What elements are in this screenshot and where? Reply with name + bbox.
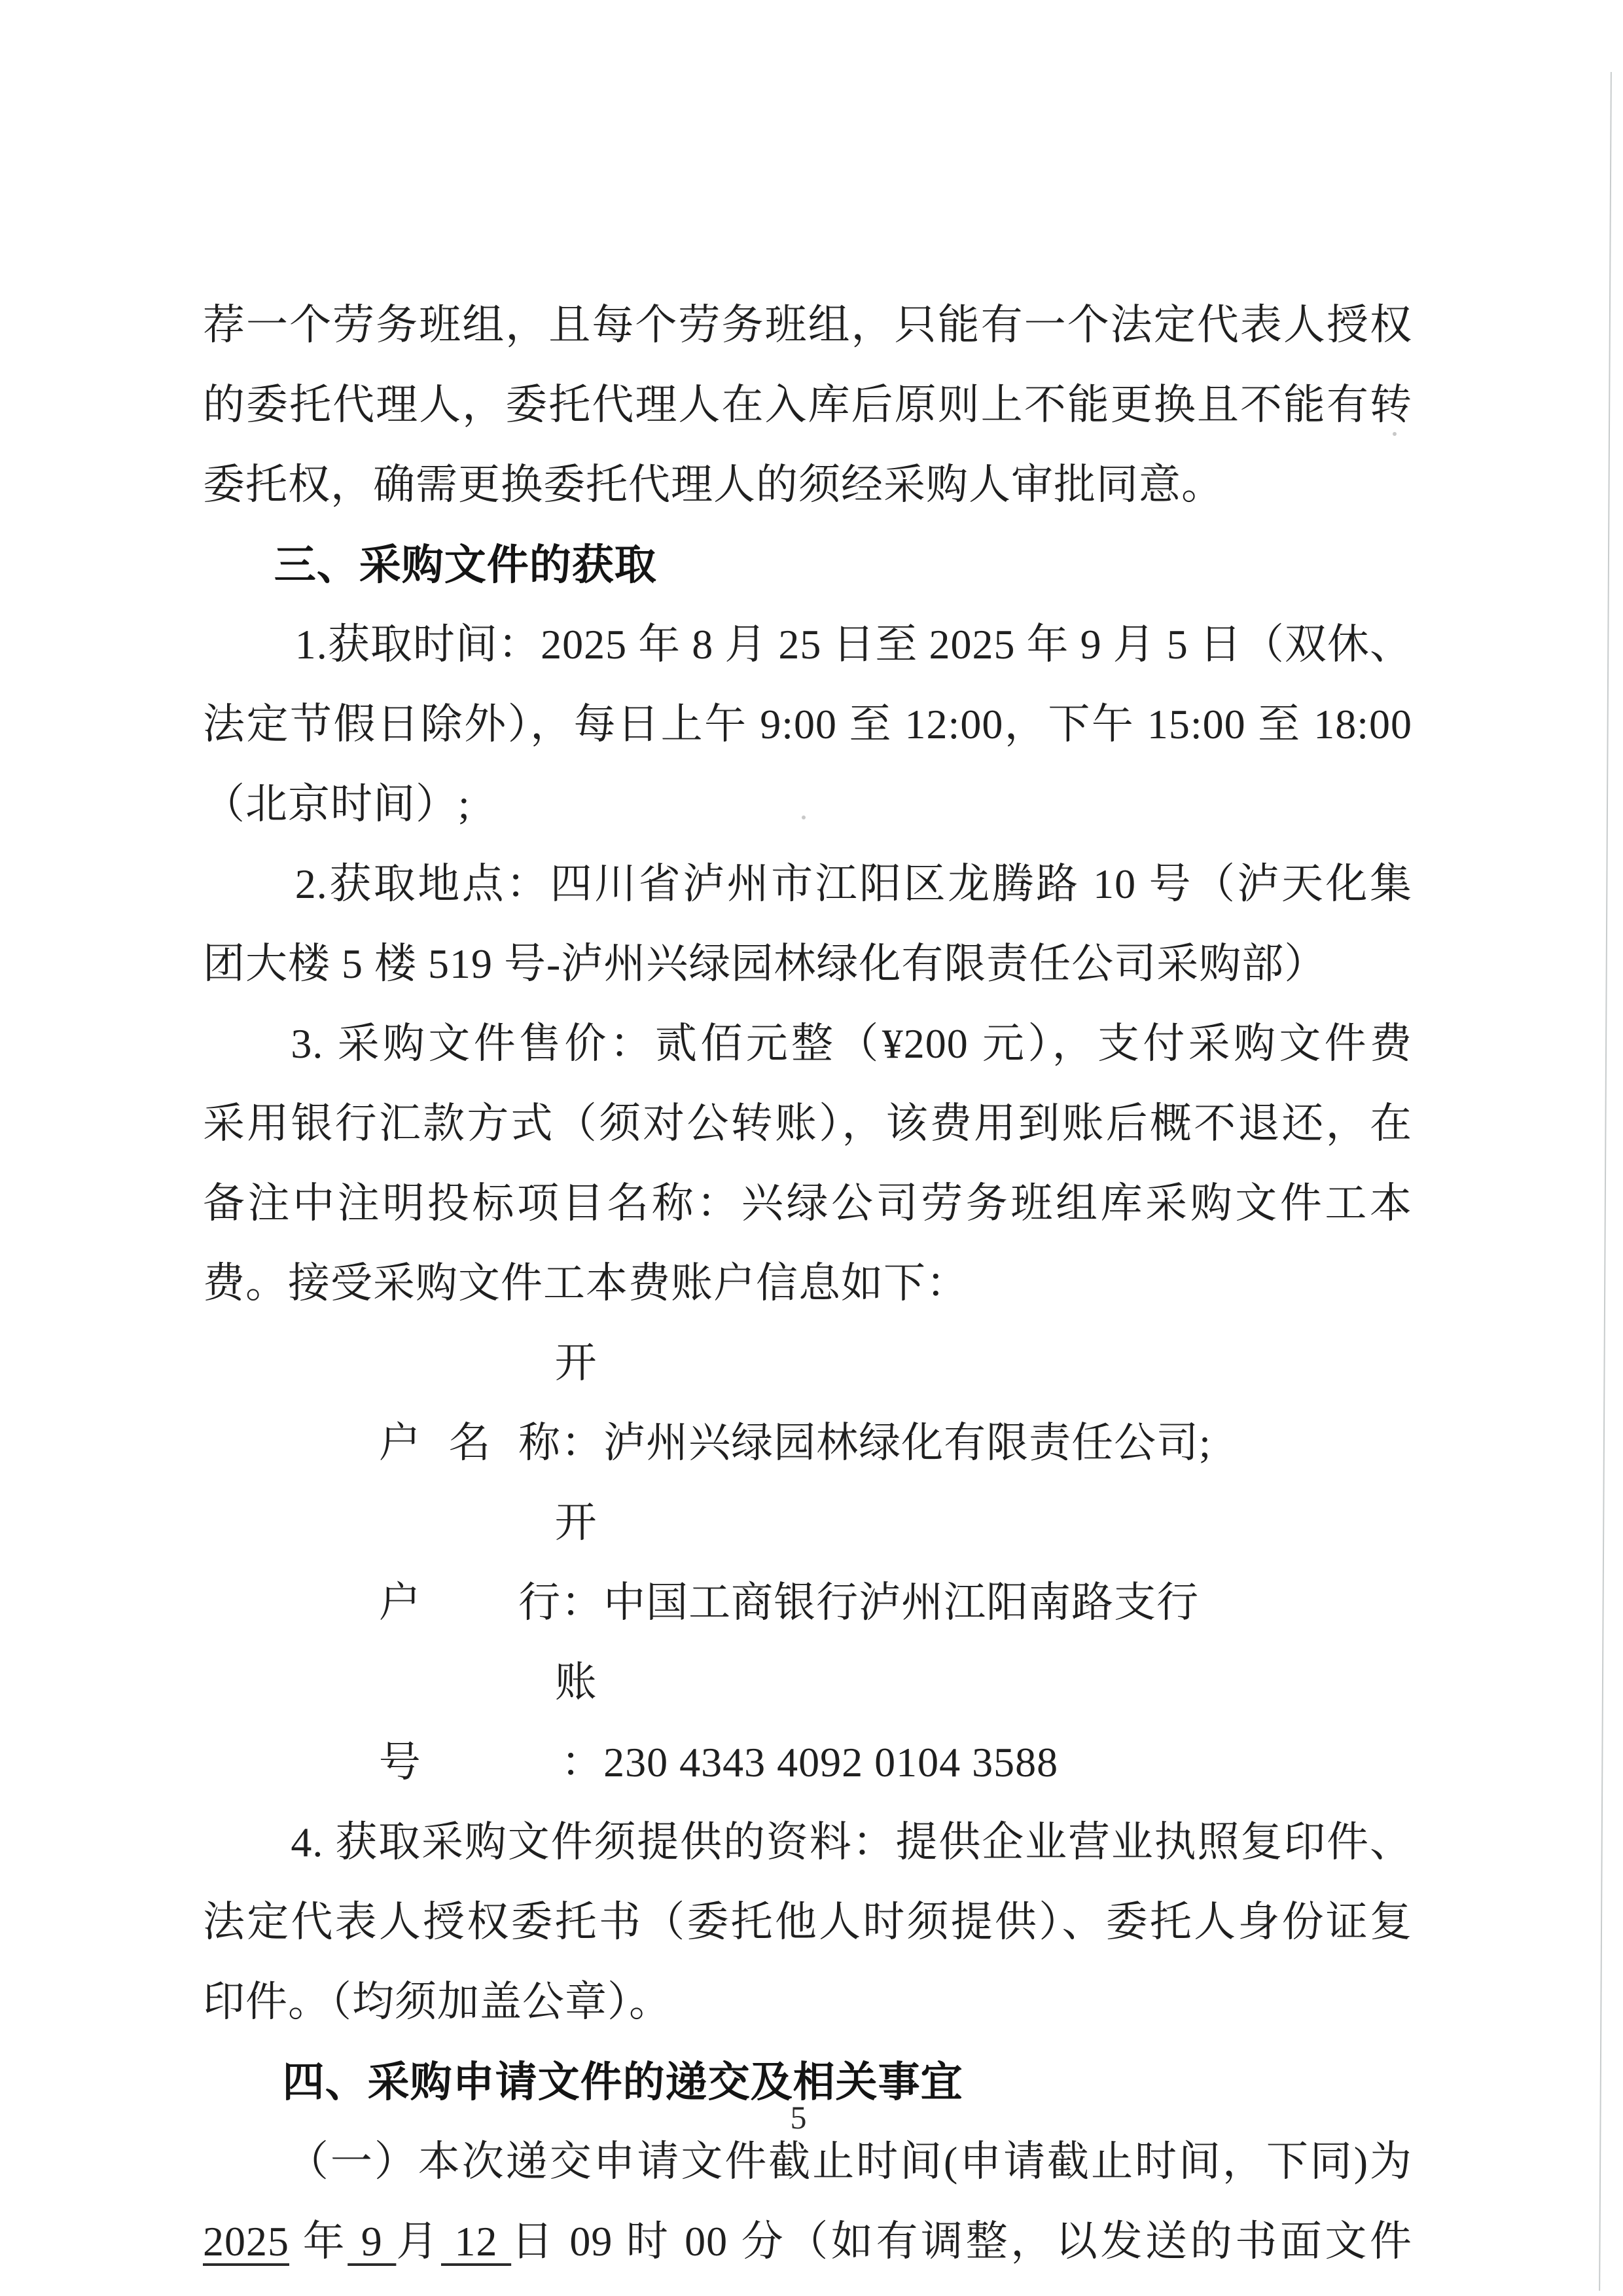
account-name-label: 开户名称 [379,1323,561,1483]
account-number-value: ：230 4343 4092 0104 3588 [561,1739,1058,1785]
deadline-date-line: 2025 年 9 月 12 日 09 时 00 分（如有调整，以发送的书面文件 [203,2202,1412,2282]
para-obtain-time-line: 法定节假日除外），每日上午 9:00 至 12:00，下午 15:00 至 18… [203,685,1412,764]
para-obtain-location-line: 2.获取地点：四川省泸州市江阳区龙腾路 10 号（泸天化集 [203,844,1412,924]
bank-name-label: 开 户 行 [379,1483,561,1643]
para-required-materials-line: 法定代表人授权委托书（委托他人时须提供）、委托人身份证复 [203,1882,1412,1962]
bank-name-value: ：中国工商银行泸州江阳南路支行 [561,1579,1199,1626]
deadline-month: 9 [348,2218,396,2265]
para-obtain-time-line: 1.获取时间：2025 年 8 月 25 日至 2025 年 9 月 5 日（双… [203,605,1412,685]
scan-speck [1393,432,1397,436]
para-document-price-line: 费。接受采购文件工本费账户信息如下： [203,1244,1412,1323]
page-number: 5 [0,2098,1610,2137]
para-required-materials-line: 印件。（均须加盖公章）。 [203,1962,1412,2042]
deadline-day: 12 [441,2218,511,2265]
scan-speck [802,816,806,819]
para-obtain-time-line: （北京时间）; [203,764,1412,844]
account-name-value: ：泸州兴绿园林绿化有限责任公司; [561,1420,1211,1466]
account-number-row: 账 号：230 4343 4092 0104 3588 [203,1643,1412,1803]
deadline-text: 年 [289,2218,348,2265]
document-page: 荐一个劳务班组，且每个劳务班组，只能有一个法定代表人授权 的委托代理人，委托代理… [203,285,1412,2282]
para-delegate-rule-line: 的委托代理人，委托代理人在入库后原则上不能更换且不能有转 [203,365,1412,445]
deadline-text: 日 09 时 00 分（如有调整，以发送的书面文件 [511,2218,1412,2265]
para-document-price-line: 采用银行汇款方式（须对公转账），该费用到账后概不退还，在 [203,1084,1412,1164]
scan-edge-line [1599,72,1612,2291]
account-name-row: 开户名称：泸州兴绿园林绿化有限责任公司; [203,1323,1412,1483]
deadline-year: 2025 [203,2218,289,2265]
para-delegate-rule-line: 委托权，确需更换委托代理人的须经采购人审批同意。 [203,445,1412,525]
para-document-price-line: 3. 采购文件售价：贰佰元整（¥200 元），支付采购文件费 [203,1004,1412,1084]
heading-section-3: 三、采购文件的获取 [203,525,1412,605]
para-document-price-line: 备注中注明投标项目名称：兴绿公司劳务班组库采购文件工本 [203,1164,1412,1244]
account-number-label: 账 号 [379,1643,561,1803]
deadline-text: 月 [396,2218,441,2265]
para-obtain-location-line: 团大楼 5 楼 519 号-泸州兴绿园林绿化有限责任公司采购部） [203,924,1412,1004]
para-required-materials-line: 4. 获取采购文件须提供的资料：提供企业营业执照复印件、 [203,1803,1412,1882]
para-delegate-rule-line: 荐一个劳务班组，且每个劳务班组，只能有一个法定代表人授权 [203,285,1412,365]
bank-name-row: 开 户 行：中国工商银行泸州江阳南路支行 [203,1483,1412,1643]
